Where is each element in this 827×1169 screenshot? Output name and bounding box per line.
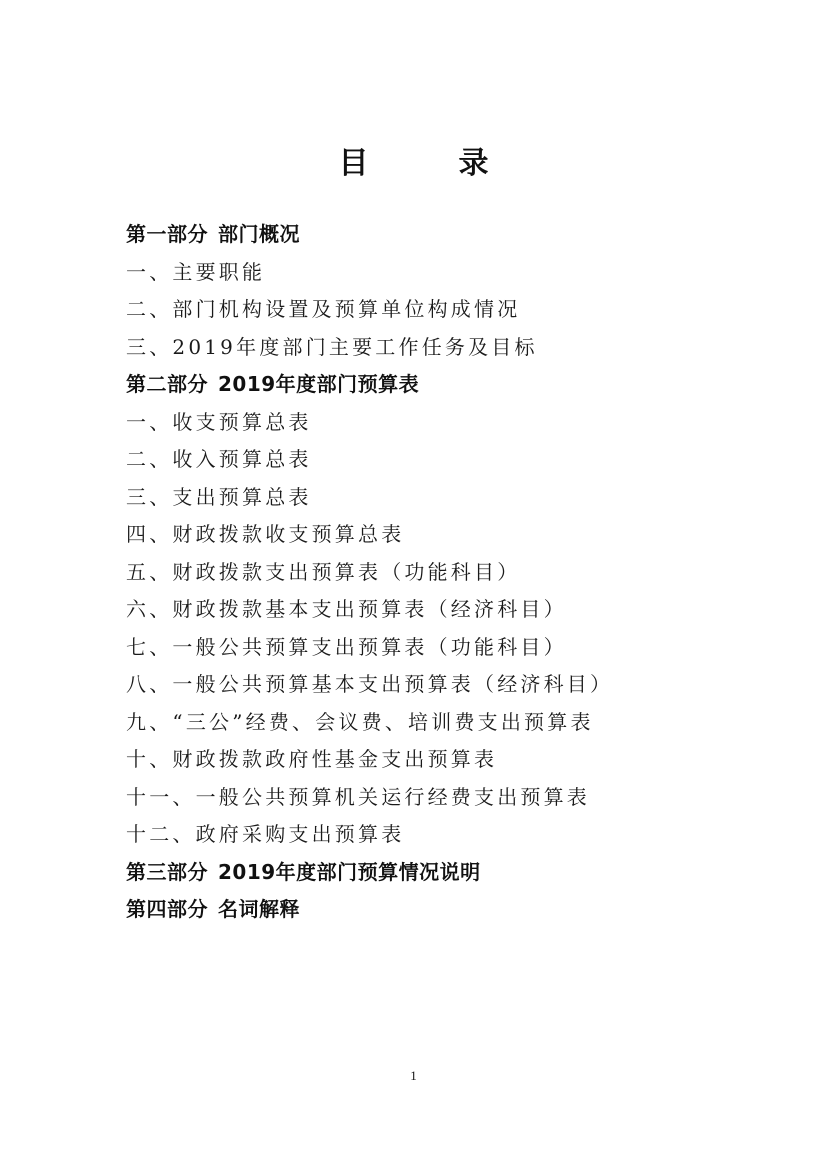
toc-section-table-2[interactable]: 二、收入预算总表 (126, 441, 613, 479)
part-title: 名词解释 (218, 897, 300, 921)
part-label: 第四部分 (126, 897, 208, 921)
toc-title: 目 录 (0, 143, 827, 185)
part-label: 第二部分 (126, 372, 208, 396)
toc-section-table-12[interactable]: 十二、政府采购支出预算表 (126, 816, 613, 854)
toc-section-table-11[interactable]: 十一、一般公共预算机关运行经费支出预算表 (126, 779, 613, 817)
page-number: 1 (0, 1068, 827, 1084)
part-title: 2019年度部门预算表 (218, 372, 419, 396)
table-of-contents: 第一部分部门概况 一、主要职能 二、部门机构设置及预算单位构成情况 三、2019… (126, 216, 613, 929)
toc-section-table-1[interactable]: 一、收支预算总表 (126, 404, 613, 442)
part-title: 2019年度部门预算情况说明 (218, 860, 481, 884)
toc-section-organization[interactable]: 二、部门机构设置及预算单位构成情况 (126, 291, 613, 329)
toc-section-table-9[interactable]: 九、“三公”经费、会议费、培训费支出预算表 (126, 704, 613, 742)
document-page: 目 录 第一部分部门概况 一、主要职能 二、部门机构设置及预算单位构成情况 三、… (0, 0, 827, 1169)
toc-section-table-4[interactable]: 四、财政拨款收支预算总表 (126, 516, 613, 554)
toc-section-table-5[interactable]: 五、财政拨款支出预算表（功能科目） (126, 554, 613, 592)
toc-section-table-7[interactable]: 七、一般公共预算支出预算表（功能科目） (126, 629, 613, 667)
toc-section-table-8[interactable]: 八、一般公共预算基本支出预算表（经济科目） (126, 666, 613, 704)
part-label: 第一部分 (126, 222, 208, 246)
toc-section-main-functions[interactable]: 一、主要职能 (126, 254, 613, 292)
toc-section-table-6[interactable]: 六、财政拨款基本支出预算表（经济科目） (126, 591, 613, 629)
toc-section-table-10[interactable]: 十、财政拨款政府性基金支出预算表 (126, 741, 613, 779)
toc-part-2[interactable]: 第二部分2019年度部门预算表 (126, 366, 613, 404)
toc-section-table-3[interactable]: 三、支出预算总表 (126, 479, 613, 517)
toc-section-tasks-goals[interactable]: 三、2019年度部门主要工作任务及目标 (126, 329, 613, 367)
toc-part-3[interactable]: 第三部分2019年度部门预算情况说明 (126, 854, 613, 892)
toc-part-4[interactable]: 第四部分名词解释 (126, 891, 613, 929)
part-label: 第三部分 (126, 860, 208, 884)
part-title: 部门概况 (218, 222, 300, 246)
toc-part-1[interactable]: 第一部分部门概况 (126, 216, 613, 254)
